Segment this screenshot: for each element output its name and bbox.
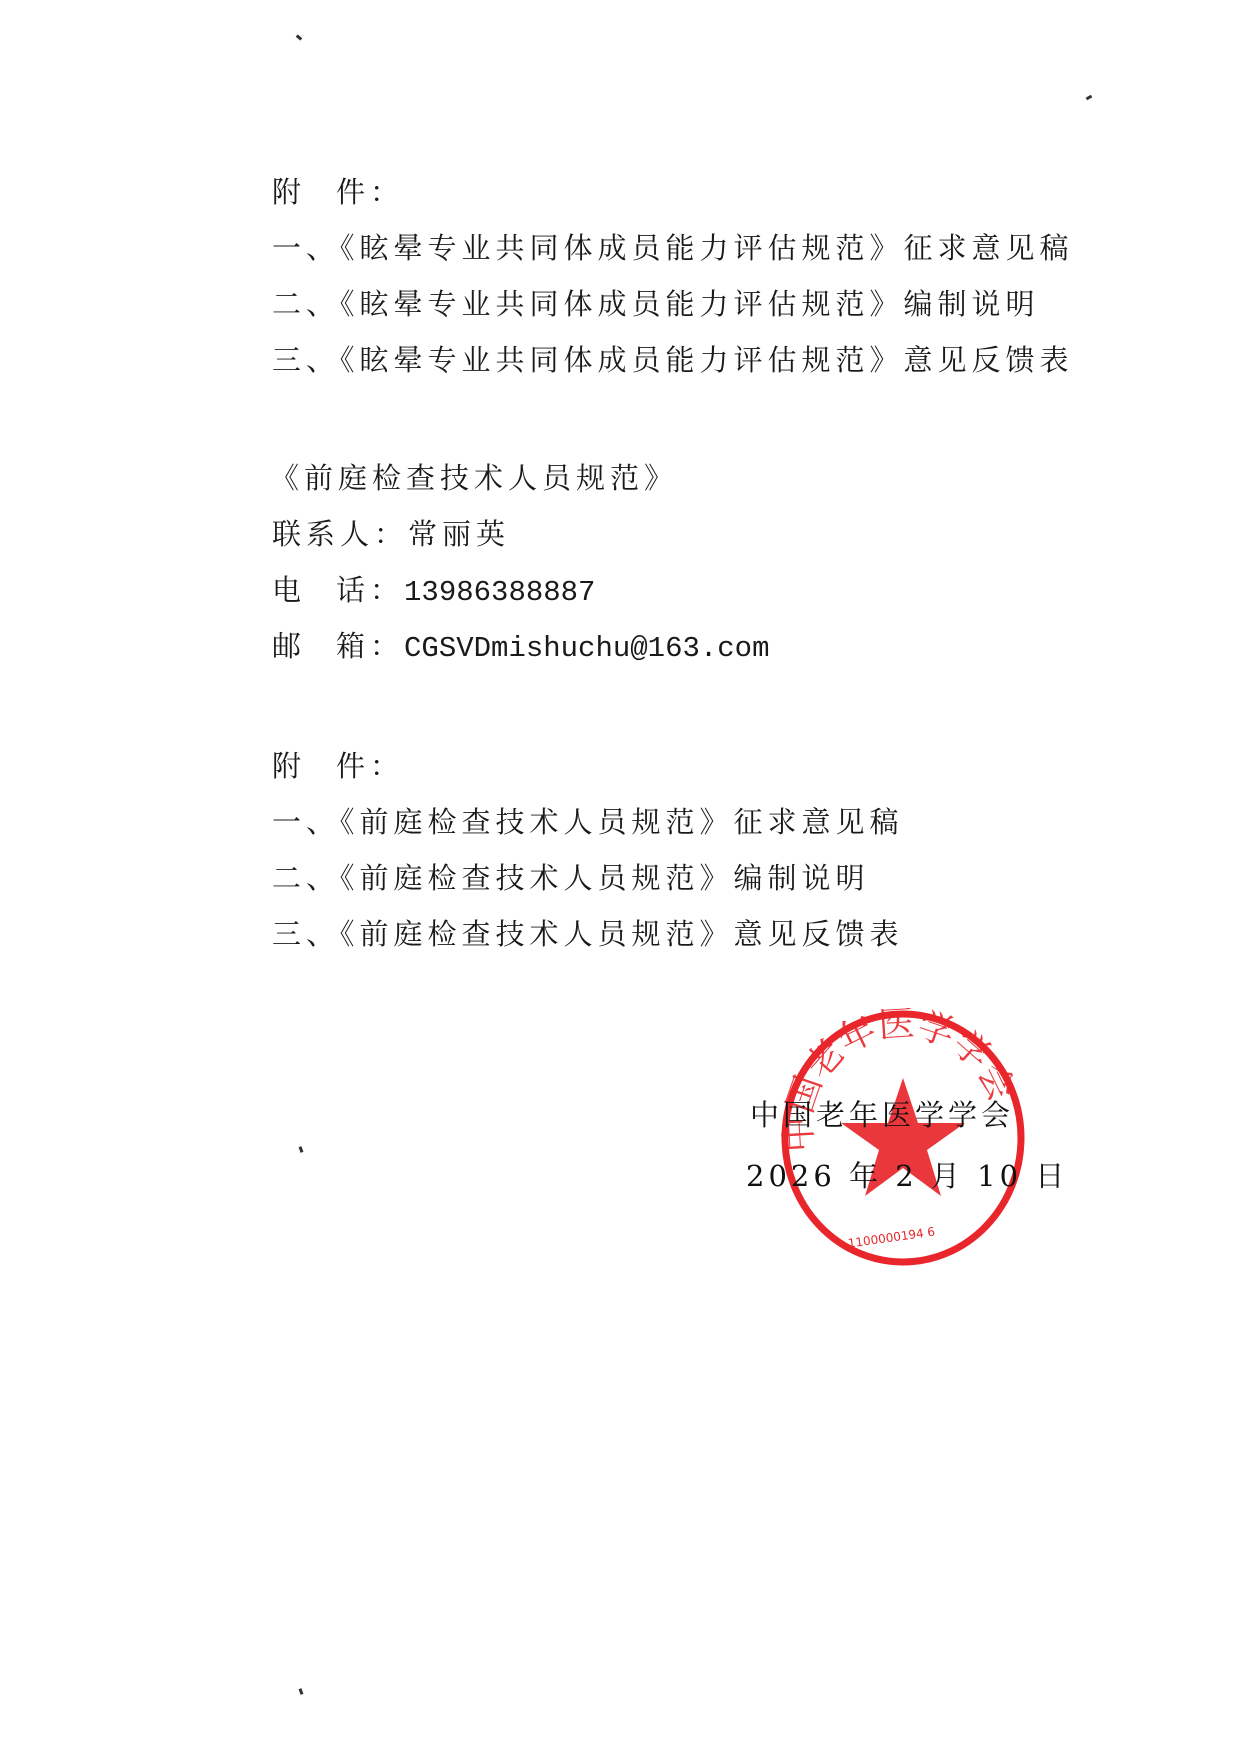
stray-mark <box>296 34 303 40</box>
stray-mark <box>299 1688 304 1695</box>
phone-number: 13986388887 <box>404 576 595 609</box>
signing-date: 2026 年 2 月 10 日 <box>746 1156 1068 1196</box>
stray-mark <box>299 1146 304 1153</box>
official-seal: 中国老年医学学会 1100000194 6 <box>778 1008 1028 1268</box>
attachment-item: 三、《前庭检查技术人员规范》意见反馈表 <box>272 914 904 954</box>
attachments-heading-2: 附件： <box>272 746 404 786</box>
label-part: 件： <box>336 175 404 209</box>
label-part: 件： <box>336 749 404 783</box>
contact-phone: 电话：13986388887 <box>272 570 595 613</box>
label-part: 话： <box>336 573 404 607</box>
label-part: 邮 <box>272 629 306 663</box>
attachment-item: 二、《眩晕专业共同体成员能力评估规范》编制说明 <box>272 284 1040 324</box>
attachment-item: 一、《眩晕专业共同体成员能力评估规范》征求意见稿 <box>272 228 1074 268</box>
attachment-item: 二、《前庭检查技术人员规范》编制说明 <box>272 858 870 898</box>
label-part: 附 <box>272 175 306 209</box>
label-part: 箱： <box>336 629 404 663</box>
label-part: 电 <box>272 573 306 607</box>
section-title: 《前庭检查技术人员规范》 <box>270 458 678 498</box>
attachment-item: 一、《前庭检查技术人员规范》征求意见稿 <box>272 802 904 842</box>
seal-code: 1100000194 6 <box>847 1225 936 1251</box>
email-link[interactable]: CGSVDmishuchu@163.com <box>404 632 769 665</box>
contact-name: 常丽英 <box>408 517 510 551</box>
label-part: 附 <box>272 749 306 783</box>
contact-label: 联系人： <box>272 517 408 551</box>
attachments-heading-1: 附件： <box>272 172 404 212</box>
contact-email: 邮箱：CGSVDmishuchu@163.com <box>272 626 770 669</box>
signing-organization: 中国老年医学学会 <box>750 1095 1014 1135</box>
stray-mark <box>1086 95 1093 101</box>
attachment-item: 三、《眩晕专业共同体成员能力评估规范》意见反馈表 <box>272 340 1074 380</box>
contact-person: 联系人：常丽英 <box>272 514 510 554</box>
